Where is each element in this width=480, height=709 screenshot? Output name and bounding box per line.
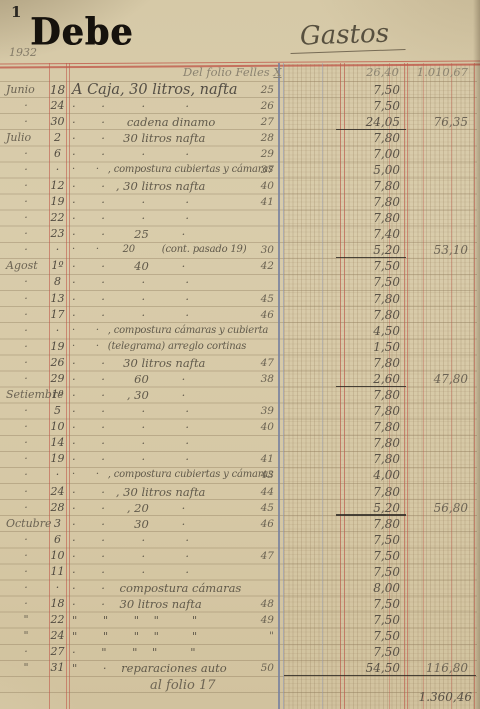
entry-voucher-number: 40 [246, 178, 274, 194]
entry-subtotal [404, 274, 468, 290]
entry-subtotal [404, 387, 468, 403]
ledger-row: ·23· · 25 ·7,40 [0, 226, 480, 242]
entry-month: · [4, 355, 48, 371]
ledger-row: Agost1º· · 40 ·427,50 [0, 258, 480, 274]
entry-amount: 7,50 [342, 82, 400, 98]
entry-month: Junio [4, 82, 50, 98]
entry-subtotal [404, 291, 468, 307]
ledger-row: ·19· · (telegrama) arreglo cortinas1,50 [0, 339, 480, 355]
entry-amount: 7,80 [342, 387, 400, 403]
entry-subtotal [404, 435, 468, 451]
entry-month: · [4, 403, 48, 419]
entry-subtotal [404, 628, 468, 644]
entry-amount: 8,00 [342, 580, 400, 596]
entry-amount: 7,80 [342, 484, 400, 500]
entry-amount: 7,00 [342, 146, 400, 162]
entry-month: · [4, 210, 48, 226]
entry-month: · [4, 146, 48, 162]
entry-amount: 7,80 [342, 307, 400, 323]
grand-total: 1.360,46 [398, 690, 472, 704]
entry-amount: 7,80 [342, 451, 400, 467]
ledger-row: ·29· · 60 ·382,6047,80 [0, 371, 480, 387]
entry-amount: 7,80 [342, 435, 400, 451]
entry-day: 13 [49, 291, 66, 307]
entry-month: · [4, 500, 48, 516]
entry-amount: 7,50 [342, 644, 400, 660]
entry-month: " [4, 628, 48, 644]
entry-voucher-number: 41 [246, 451, 274, 467]
entry-amount: 7,50 [342, 612, 400, 628]
entry-subtotal [404, 130, 468, 146]
ledger-rows: Junio18A Caja, 30 litros, nafta257,50·24… [0, 0, 480, 709]
ledger-row: ·14· · · ·7,80 [0, 435, 480, 451]
entry-amount: 7,80 [342, 178, 400, 194]
entry-subtotal [404, 162, 468, 178]
entry-day: · [49, 242, 66, 258]
ledger-row: ·8· · · ·7,50 [0, 274, 480, 290]
entry-day: 19 [49, 194, 66, 210]
entry-subtotal [404, 98, 468, 114]
entry-day: 3 [49, 516, 66, 532]
entry-day: 8 [49, 274, 66, 290]
entry-voucher-number [246, 580, 274, 596]
entry-voucher-number: 46 [246, 516, 274, 532]
entry-day: 6 [49, 146, 66, 162]
entry-day: 27 [49, 644, 66, 660]
entry-month: · [4, 323, 48, 339]
entry-subtotal [404, 612, 468, 628]
entry-month: · [4, 435, 48, 451]
entry-subtotal: 76,35 [404, 114, 468, 130]
entry-month: · [4, 580, 48, 596]
ledger-row: ··· · 20 (cont. pasado 19)305,2053,10 [0, 242, 480, 258]
entry-month: · [4, 532, 48, 548]
entry-month: " [4, 660, 48, 676]
entry-day: · [49, 162, 66, 178]
entry-month: · [4, 371, 48, 387]
entry-subtotal: 116,80 [404, 660, 468, 676]
entry-subtotal [404, 178, 468, 194]
entry-day: 24 [49, 98, 66, 114]
sum-rule-long [284, 675, 476, 676]
entry-voucher-number [246, 323, 274, 339]
entry-voucher-number: 29 [246, 146, 274, 162]
entry-day: 24 [49, 484, 66, 500]
entry-day: 18 [49, 596, 66, 612]
entry-day: 12 [49, 178, 66, 194]
entry-subtotal: 47,80 [404, 371, 468, 387]
entry-voucher-number [246, 226, 274, 242]
entry-subtotal [404, 146, 468, 162]
entry-amount: 7,80 [342, 210, 400, 226]
entry-voucher-number [246, 274, 274, 290]
ledger-row: ·10· · · ·407,80 [0, 419, 480, 435]
ledger-row: Junio18A Caja, 30 litros, nafta257,50 [0, 82, 480, 98]
entry-month: · [4, 114, 48, 130]
entry-voucher-number: 44 [246, 484, 274, 500]
entry-day: · [49, 580, 66, 596]
entry-month: · [4, 419, 48, 435]
entry-day: 2 [49, 130, 66, 146]
entry-voucher-number: 40 [246, 419, 274, 435]
entry-amount: 2,60 [342, 371, 400, 387]
entry-amount: 7,50 [342, 274, 400, 290]
entry-amount: 7,80 [342, 403, 400, 419]
entry-month: · [4, 98, 48, 114]
entry-amount: 7,50 [342, 532, 400, 548]
ledger-row: ·19· · · ·417,80 [0, 194, 480, 210]
entry-day: 26 [49, 355, 66, 371]
entry-subtotal [404, 580, 468, 596]
entry-amount: 24,05 [342, 114, 400, 130]
ledger-row: ·18· · 30 litros nafta487,50 [0, 596, 480, 612]
ledger-row: Octubre3· · 30 ·467,80 [0, 516, 480, 532]
entry-voucher-number: 27 [246, 114, 274, 130]
entry-subtotal [404, 548, 468, 564]
ledger-row: ·6· · · ·7,50 [0, 532, 480, 548]
entry-month: · [4, 339, 48, 355]
entry-subtotal [404, 467, 468, 483]
entry-day: 1º [49, 387, 66, 403]
entry-amount: 7,50 [342, 548, 400, 564]
entry-voucher-number: 28 [246, 130, 274, 146]
entry-voucher-number: " [246, 628, 274, 644]
entry-day: 22 [49, 612, 66, 628]
entry-subtotal [404, 516, 468, 532]
entry-day: · [49, 467, 66, 483]
entry-voucher-number [246, 435, 274, 451]
entry-voucher-number: 49 [246, 612, 274, 628]
entry-voucher-number: 47 [246, 355, 274, 371]
entry-amount: 5,20 [342, 242, 400, 258]
entry-day: 5 [49, 403, 66, 419]
entry-subtotal: 56,80 [404, 500, 468, 516]
entry-month: · [4, 242, 48, 258]
entry-subtotal [404, 484, 468, 500]
entry-month: · [4, 484, 48, 500]
entry-subtotal [404, 307, 468, 323]
ledger-row: ·10· · · ·477,50 [0, 548, 480, 564]
entry-day: 10 [49, 548, 66, 564]
entry-amount: 4,50 [342, 323, 400, 339]
ledger-row: ·30· · cadena dinamo2724,0576,35 [0, 114, 480, 130]
entry-day: 14 [49, 435, 66, 451]
entry-amount: 7,40 [342, 226, 400, 242]
ledger-row: ·13· · · ·457,80 [0, 291, 480, 307]
ledger-row: Julio2· · 30 litros nafta287,80 [0, 130, 480, 146]
entry-voucher-number [246, 564, 274, 580]
entry-voucher-number: 46 [246, 307, 274, 323]
entry-voucher-number [246, 644, 274, 660]
entry-subtotal [404, 82, 468, 98]
entry-month: · [4, 162, 48, 178]
ledger-row: "31" · reparaciones auto5054,50116,80 [0, 660, 480, 676]
ledger-row: ·12· · , 30 litros nafta407,80 [0, 178, 480, 194]
entry-day: 29 [49, 371, 66, 387]
entry-amount: 7,80 [342, 516, 400, 532]
ledger-row: ·6· · · ·297,00 [0, 146, 480, 162]
ledger-row: Setiembre1º· · , 30 ·7,80 [0, 387, 480, 403]
ledger-row: ·27· " " " "7,50 [0, 644, 480, 660]
ledger-row: ·22· · · ·7,80 [0, 210, 480, 226]
entry-voucher-number: 30 [246, 242, 274, 258]
entry-voucher-number: 45 [246, 500, 274, 516]
ledger-row: ·17· · · ·467,80 [0, 307, 480, 323]
entry-amount: 7,80 [342, 291, 400, 307]
entry-subtotal [404, 355, 468, 371]
entry-voucher-number: 37 [246, 162, 274, 178]
entry-month: Julio [4, 130, 50, 146]
entry-subtotal [404, 532, 468, 548]
entry-day: · [49, 323, 66, 339]
entry-month: · [4, 194, 48, 210]
entry-month: · [4, 178, 48, 194]
entry-subtotal: 53,10 [404, 242, 468, 258]
ledger-row: ·11· · · ·7,50 [0, 564, 480, 580]
entry-amount: 7,50 [342, 596, 400, 612]
entry-month: · [4, 467, 48, 483]
entry-amount: 5,00 [342, 162, 400, 178]
entry-day: 22 [49, 210, 66, 226]
ledger-row: ··· · compostura cámaras8,00 [0, 580, 480, 596]
entry-voucher-number: 50 [246, 660, 274, 676]
footer-folio-note: al folio 17 [150, 678, 216, 693]
entry-voucher-number: 39 [246, 403, 274, 419]
entry-amount: 7,50 [342, 258, 400, 274]
ledger-row: "24" " " " ""7,50 [0, 628, 480, 644]
ledger-row: ·5· · · ·397,80 [0, 403, 480, 419]
entry-day: 28 [49, 500, 66, 516]
entry-subtotal [404, 644, 468, 660]
ledger-row: ·24· · , 30 litros nafta447,80 [0, 484, 480, 500]
entry-amount: 7,80 [342, 194, 400, 210]
entry-voucher-number: 45 [246, 291, 274, 307]
page-edge-shadow [473, 0, 480, 709]
entry-voucher-number: 48 [246, 596, 274, 612]
entry-day: 11 [49, 564, 66, 580]
entry-subtotal [404, 210, 468, 226]
entry-voucher-number: 43 [246, 467, 274, 483]
ledger-row: ·28· · , 20 ·455,2056,80 [0, 500, 480, 516]
entry-day: 31 [49, 660, 66, 676]
entry-day: 30 [49, 114, 66, 130]
ledger-row: ··· · , compostura cubiertas y cámaras37… [0, 162, 480, 178]
ledger-row: ·26· · 30 litros nafta477,80 [0, 355, 480, 371]
entry-month: Octubre [4, 516, 50, 532]
entry-day: 17 [49, 307, 66, 323]
entry-voucher-number: 38 [246, 371, 274, 387]
entry-voucher-number: 25 [246, 82, 274, 98]
entry-subtotal [404, 419, 468, 435]
entry-subtotal [404, 596, 468, 612]
entry-amount: 54,50 [342, 660, 400, 676]
entry-day: 1º [49, 258, 66, 274]
entry-subtotal [404, 403, 468, 419]
entry-voucher-number [246, 339, 274, 355]
entry-amount: 7,80 [342, 355, 400, 371]
entry-month: Agost [4, 258, 50, 274]
entry-month: · [4, 307, 48, 323]
entry-voucher-number: 41 [246, 194, 274, 210]
entry-subtotal [404, 194, 468, 210]
entry-month: · [4, 644, 48, 660]
entry-day: 19 [49, 339, 66, 355]
entry-month: · [4, 548, 48, 564]
entry-subtotal [404, 323, 468, 339]
entry-amount: 7,50 [342, 98, 400, 114]
entry-amount: 4,00 [342, 467, 400, 483]
entry-day: 19 [49, 451, 66, 467]
entry-voucher-number [246, 532, 274, 548]
entry-day: 24 [49, 628, 66, 644]
ledger-row: ··· · , compostura cubiertas y cámaras43… [0, 467, 480, 483]
entry-month: · [4, 451, 48, 467]
entry-subtotal [404, 564, 468, 580]
ledger-page: 1 Debe 1932 Gastos Del folio Felles X 26… [0, 0, 480, 709]
ledger-row: "22" " " " "497,50 [0, 612, 480, 628]
entry-voucher-number [246, 387, 274, 403]
entry-subtotal [404, 451, 468, 467]
ledger-row: ··· · , compostura cámaras y cubierta4,5… [0, 323, 480, 339]
ledger-row: ·24· · · ·267,50 [0, 98, 480, 114]
entry-amount: 5,20 [342, 500, 400, 516]
entry-voucher-number: 47 [246, 548, 274, 564]
entry-subtotal [404, 339, 468, 355]
entry-day: 23 [49, 226, 66, 242]
entry-amount: 7,50 [342, 628, 400, 644]
entry-subtotal [404, 258, 468, 274]
entry-voucher-number [246, 210, 274, 226]
entry-amount: 7,50 [342, 564, 400, 580]
entry-subtotal [404, 226, 468, 242]
entry-amount: 7,80 [342, 419, 400, 435]
entry-day: 6 [49, 532, 66, 548]
entry-month: · [4, 564, 48, 580]
entry-month: · [4, 274, 48, 290]
entry-day: 18 [49, 82, 66, 98]
entry-voucher-number: 42 [246, 258, 274, 274]
entry-amount: 7,80 [342, 130, 400, 146]
entry-month: Setiembre [4, 387, 50, 403]
entry-month: " [4, 612, 48, 628]
entry-amount: 1,50 [342, 339, 400, 355]
ledger-row: ·19· · · ·417,80 [0, 451, 480, 467]
entry-day: 10 [49, 419, 66, 435]
entry-month: · [4, 291, 48, 307]
entry-month: · [4, 226, 48, 242]
entry-month: · [4, 596, 48, 612]
entry-voucher-number: 26 [246, 98, 274, 114]
